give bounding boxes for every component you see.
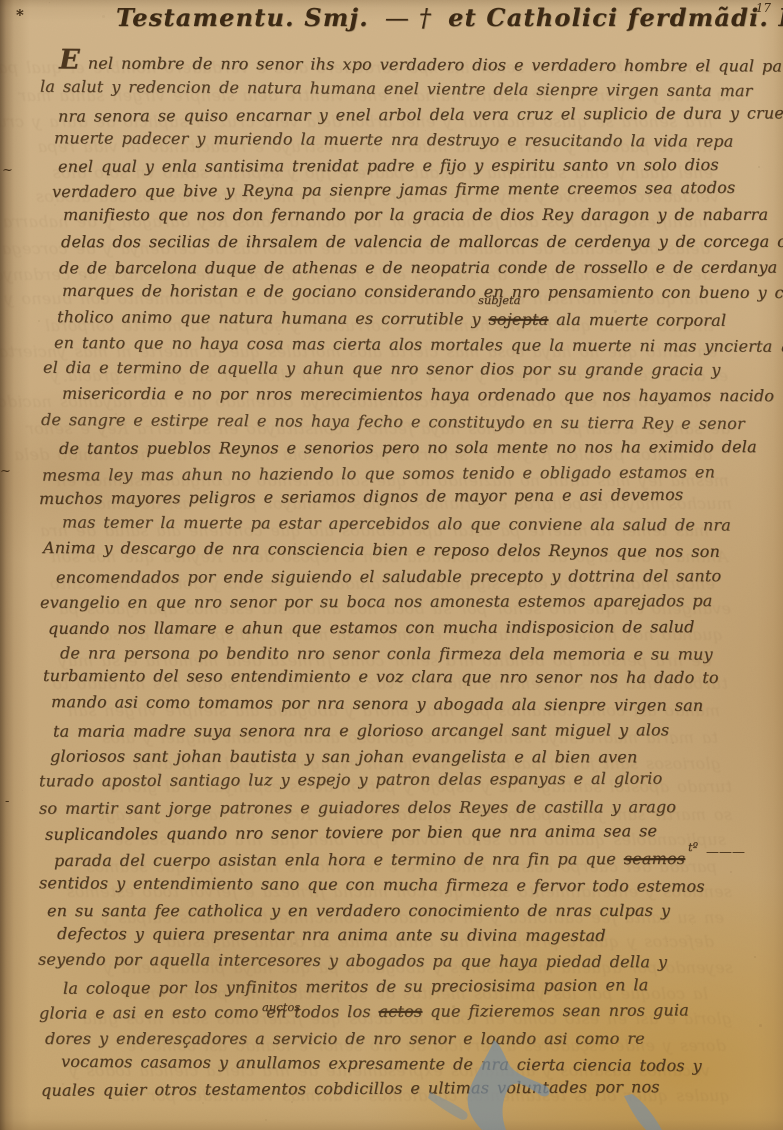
ink-speck [353, 526, 356, 529]
ink-speck [452, 1005, 455, 1008]
ink-speck [758, 166, 760, 168]
ink-speck [603, 866, 605, 868]
ink-speck [313, 473, 316, 476]
ink-speck [471, 176, 472, 177]
ink-speck [202, 1102, 204, 1104]
ink-speck [529, 740, 530, 741]
ink-speck [111, 526, 112, 527]
ink-speck [228, 795, 230, 797]
ink-speck [272, 184, 274, 186]
ink-speck [588, 199, 589, 200]
ink-speck [493, 1059, 495, 1061]
ink-speck [501, 9, 502, 10]
ink-speck [759, 1024, 762, 1027]
ink-speck [290, 759, 291, 760]
ink-speck [298, 642, 300, 644]
ink-speck [427, 178, 428, 179]
ink-speck [459, 975, 460, 976]
ink-speck [214, 279, 215, 280]
ink-speck [449, 403, 450, 404]
ink-speck [89, 148, 90, 149]
ink-speck [692, 924, 693, 925]
interlinear-correction: auctos [262, 1000, 300, 1014]
ink-speck [54, 204, 56, 206]
ink-speck [421, 28, 422, 29]
ink-speck [49, 2, 50, 3]
ink-speck [275, 71, 276, 72]
ink-speck [224, 318, 226, 320]
ink-speck [537, 292, 538, 293]
ink-speck [738, 341, 739, 342]
ink-speck [169, 854, 170, 855]
interlinear-correction: subjeta [478, 293, 521, 307]
ink-speck [466, 1059, 468, 1061]
ink-speck [291, 1101, 293, 1103]
ink-speck [529, 882, 530, 883]
ink-speck [84, 276, 86, 278]
ink-speck [670, 193, 673, 196]
ink-speck [63, 245, 65, 247]
marginal-mark: ~ [2, 163, 13, 178]
ink-speck [142, 383, 143, 384]
ink-speck [181, 779, 184, 782]
ink-speck [662, 187, 663, 188]
ink-speck [329, 955, 332, 958]
ink-speck [754, 956, 756, 958]
manuscript-page: * Testamentu. Smj.— †et Catholici ferdmã… [0, 0, 783, 1130]
ink-speck [582, 395, 584, 397]
ink-speck [294, 543, 296, 545]
ink-speck [22, 790, 23, 791]
ink-speck [369, 349, 371, 351]
ink-speck [407, 551, 409, 553]
marginal-mark: ~ [0, 464, 11, 479]
ink-speck [341, 91, 342, 92]
ink-speck [613, 1071, 615, 1073]
ink-speck [102, 15, 105, 18]
ink-speck [425, 130, 426, 131]
ink-speck [293, 942, 296, 945]
ink-speck [168, 895, 170, 897]
ink-speck [416, 266, 418, 268]
interlinear-correction: tº [688, 840, 698, 854]
ink-speck [115, 413, 117, 415]
ink-speck [184, 172, 187, 175]
ink-speck [763, 247, 765, 249]
ink-speck [549, 421, 552, 424]
ink-speck [523, 379, 525, 381]
ink-speck [446, 663, 449, 666]
ink-speck [631, 801, 634, 804]
ink-speck [62, 1083, 64, 1085]
ink-speck [421, 22, 422, 23]
ink-speck [71, 526, 73, 528]
ink-speck [547, 993, 549, 995]
marginal-mark: - [5, 794, 9, 809]
ink-speck [730, 871, 732, 873]
annotations-layer: subjetatºauctos~~-——— [0, 0, 783, 1130]
ink-speck [118, 644, 119, 645]
ink-speck [614, 310, 617, 313]
ink-speck [428, 936, 429, 937]
ink-speck [672, 742, 674, 744]
marginal-mark: ——— [706, 845, 745, 860]
ink-speck [64, 379, 67, 382]
ink-speck [268, 954, 270, 956]
ink-speck [171, 556, 174, 559]
ink-speck [681, 482, 683, 484]
ink-speck [581, 175, 582, 176]
ink-speck [265, 1119, 267, 1121]
ink-speck [278, 333, 280, 335]
ink-speck [667, 941, 668, 942]
ink-speck [38, 320, 40, 322]
